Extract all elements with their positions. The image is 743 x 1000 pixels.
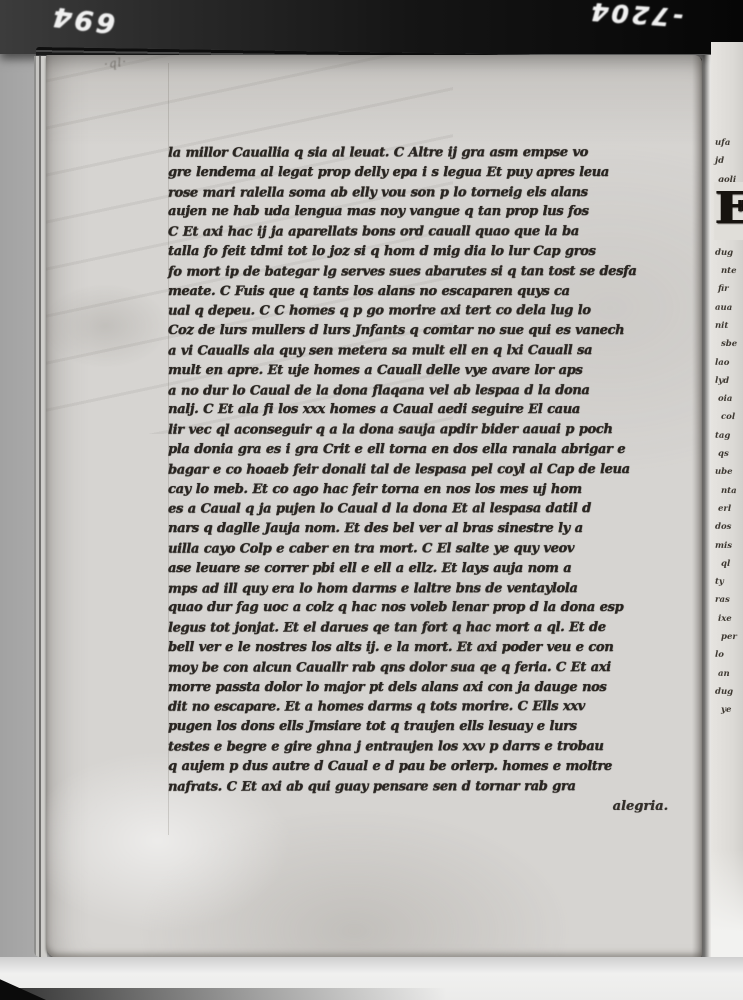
catchword: alegria. bbox=[516, 799, 668, 814]
facing-page-fragment: dug bbox=[715, 244, 743, 263]
facing-page-fragment: an bbox=[715, 664, 743, 683]
facing-page-fragment: ufa bbox=[715, 134, 743, 153]
facing-page-fragment: lao bbox=[715, 353, 743, 372]
manuscript-line: a no dur lo Caual de la dona flaqana vel… bbox=[168, 381, 670, 401]
manuscript-page: ·ql· la millor Cauallia q sia al leuat. … bbox=[46, 55, 702, 958]
manuscript-line: lir vec ql aconseguir q a la dona sauja … bbox=[168, 420, 670, 440]
manuscript-line: bell ver e le nostres los alts ij. e la … bbox=[168, 638, 670, 658]
facing-page-fragment: erl bbox=[715, 500, 743, 519]
manuscript-line: a vi Caualls ala quy sen metera sa mult … bbox=[168, 341, 670, 361]
facing-page-fragment: ty bbox=[715, 573, 743, 592]
manuscript-line: testes e begre e gire ghna j entraujen l… bbox=[168, 737, 670, 757]
manuscript-line: aujen ne hab uda lengua mas noy vangue q… bbox=[168, 202, 670, 222]
manuscript-line: es a Caual q ja pujen lo Caual d la dona… bbox=[168, 499, 670, 519]
manuscript-line: nalj. C Et ala fi los xxx homes a Caual … bbox=[168, 400, 670, 420]
facing-page-fragment: ixe bbox=[715, 609, 743, 628]
manuscript-line: q aujem p dus autre d Caual e d pau be o… bbox=[168, 757, 670, 777]
facing-page-fragment: qs bbox=[715, 445, 743, 464]
manuscript-line: fo mort ip de bategar lg serves sues aba… bbox=[168, 262, 670, 282]
facing-page-fragment: fir bbox=[715, 280, 743, 299]
facing-page-fragment: aua bbox=[715, 298, 743, 317]
manuscript-line: la millor Cauallia q sia al leuat. C Alt… bbox=[168, 143, 670, 163]
facing-page-fragment: lyd bbox=[715, 372, 743, 391]
manuscript-line: ase leuare se correr pbi ell e ell a ell… bbox=[168, 559, 670, 579]
facing-page-fragment: per bbox=[715, 628, 743, 647]
manuscript-line: rose mari ralella soma ab elly vou son p… bbox=[168, 183, 670, 203]
manuscript-line: quao dur fag uoc a colz q hac nos voleb … bbox=[168, 598, 670, 618]
facing-page-fragment: col bbox=[715, 408, 743, 427]
manuscript-line: ual q depeu. C C homes q p go morire axi… bbox=[168, 301, 670, 321]
manuscript-line: mult en apre. Et uje homes a Cauall dell… bbox=[168, 361, 670, 381]
facing-page-fragment: nta bbox=[715, 481, 743, 500]
manuscript-line: pla donia gra es i gra Crit e ell torna … bbox=[168, 440, 670, 460]
facing-page-fragment: jd bbox=[715, 152, 743, 171]
facing-page-fragment: ube bbox=[715, 463, 743, 482]
bottom-shadow-band bbox=[0, 988, 470, 1000]
manuscript-line: talla fo feit tdmi tot lo joz si q hom d… bbox=[168, 242, 670, 262]
manuscript-text-block: la millor Cauallia q sia al leuat. C Alt… bbox=[168, 143, 670, 796]
manuscript-line: pugen los dons ells Jmsiare tot q trauje… bbox=[168, 717, 670, 737]
facing-page-fragment: nte bbox=[715, 262, 743, 281]
manuscript-line: nafrats. C Et axi ab qui guay pensare se… bbox=[168, 776, 670, 796]
manuscript-line: C Et axi hac ij ja aparellats bons ord c… bbox=[168, 222, 670, 242]
facing-page-fragment: ye bbox=[715, 701, 743, 720]
manuscript-line: cay lo meb. Et co ago hac feir torna en … bbox=[168, 480, 670, 500]
facing-page-fragment: tag bbox=[715, 427, 743, 446]
facing-page-fragment: lo bbox=[715, 646, 743, 665]
facing-page-fragment: dos bbox=[715, 518, 743, 537]
manuscript-line: gre lendema al legat prop delly epa i s … bbox=[168, 163, 670, 183]
facing-page-fragment: ras bbox=[715, 591, 743, 610]
manuscript-line: uilla cayo Colp e caber en tra mort. C E… bbox=[168, 539, 670, 559]
foliation-mark: ·ql· bbox=[103, 54, 128, 71]
manuscript-line: moy be con alcun Cauallr rab qns dolor s… bbox=[168, 658, 670, 678]
facing-page-fragment: nit bbox=[715, 317, 743, 336]
facing-page-fragment: mis bbox=[715, 536, 743, 555]
manuscript-line: legus tot jonjat. Et el darues qe tan fo… bbox=[168, 618, 670, 638]
manuscript-line: bagar e co hoaeb feir donali tal de lesp… bbox=[168, 460, 670, 480]
manuscript-photo: 694 -7204 ·ql· la millor Cauallia q sia … bbox=[0, 0, 743, 1000]
manuscript-line: mps ad ill quy era lo hom darms e laltre… bbox=[168, 578, 670, 598]
manuscript-line: dit no escapare. Et a homes darms q tots… bbox=[168, 697, 670, 717]
facing-page-fragment: ql bbox=[715, 555, 743, 574]
facing-page-fragment: sbe bbox=[715, 335, 743, 354]
manuscript-line: nars q daglle Jauja nom. Et des bel ver … bbox=[168, 519, 670, 539]
facing-page-decorated-initial: E bbox=[714, 182, 743, 240]
facing-page-text-column: ufajdgolipilalgmdidugntefirauanitsbelaol… bbox=[711, 42, 743, 720]
manuscript-line: Coz de lurs mullers d lurs Jnfants q com… bbox=[168, 321, 670, 341]
facing-page-strip: ufajdgolipilalgmdidugntefirauanitsbelaol… bbox=[711, 42, 743, 1000]
facing-page-fragment: oia bbox=[715, 390, 743, 409]
manuscript-line: morre passta dolor lo major pt dels alan… bbox=[168, 678, 670, 698]
facing-page-fragment: dug bbox=[715, 683, 743, 702]
manuscript-line: meate. C Fuis que q tants los alans no e… bbox=[168, 282, 670, 302]
